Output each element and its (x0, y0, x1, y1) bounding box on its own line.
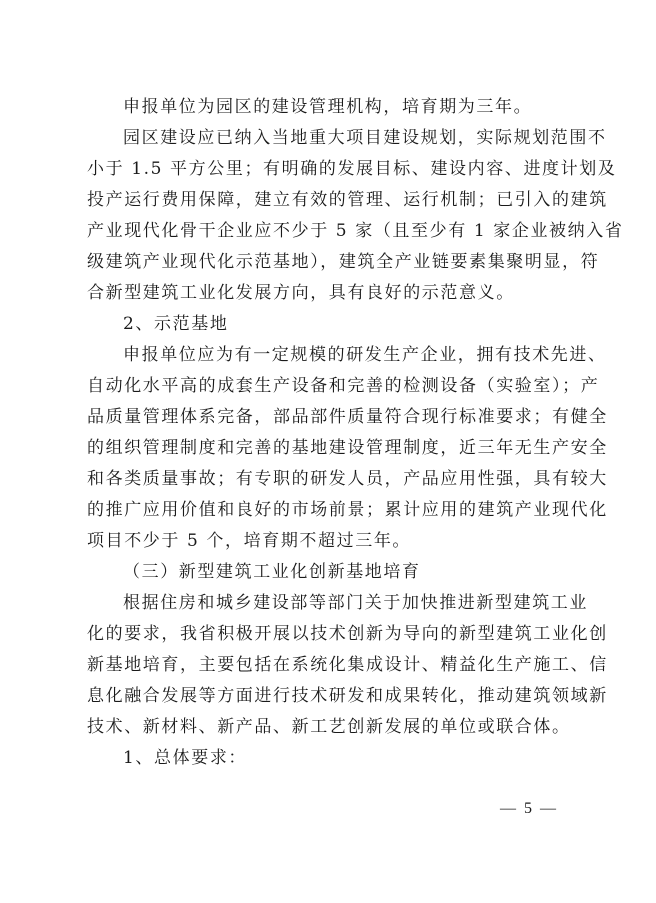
paragraph-line: 申报单位为园区的建设管理机构，培育期为三年。 (87, 92, 567, 123)
document-body: 申报单位为园区的建设管理机构，培育期为三年。 园区建设应已纳入当地重大项目建设规… (87, 92, 567, 774)
paragraph-line: 的推广应用价值和良好的市场前景；累计应用的建筑产业现代化 (87, 495, 565, 526)
section-heading: 1、总体要求： (87, 743, 567, 774)
paragraph-line: 息化融合发展等方面进行技术研发和成果转化，推动建筑领域新 (87, 681, 565, 712)
paragraph-line: 化的要求，我省积极开展以技术创新为导向的新型建筑工业化创 (87, 619, 565, 650)
section-heading: （三）新型建筑工业化创新基地培育 (87, 557, 567, 588)
paragraph-line: 投产运行费用保障，建立有效的管理、运行机制；已引入的建筑 (87, 185, 565, 216)
paragraph-line: 小于 1.5 平方公里；有明确的发展目标、建设内容、进度计划及 (87, 154, 565, 185)
paragraph-line: 的组织管理制度和完善的基地建设管理制度，近三年无生产安全 (87, 433, 565, 464)
paragraph-line: 和各类质量事故；有专职的研发人员，产品应用性强，具有较大 (87, 464, 565, 495)
paragraph-line: 品质量管理体系完备，部品部件质量符合现行标准要求；有健全 (87, 402, 565, 433)
section-heading: 2、示范基地 (87, 309, 567, 340)
paragraph-line: 项目不少于 5 个，培育期不超过三年。 (87, 526, 567, 557)
paragraph-line: 产业现代化骨干企业应不少于 5 家（且至少有 1 家企业被纳入省 (87, 216, 565, 247)
paragraph-line: 自动化水平高的成套生产设备和完善的检测设备（实验室）；产 (87, 371, 565, 402)
document-page: 申报单位为园区的建设管理机构，培育期为三年。 园区建设应已纳入当地重大项目建设规… (0, 0, 656, 903)
paragraph-line: 园区建设应已纳入当地重大项目建设规划，实际规划范围不 (87, 123, 565, 154)
paragraph-line: 申报单位应为有一定规模的研发生产企业，拥有技术先进、 (87, 340, 565, 371)
paragraph-line: 新基地培育，主要包括在系统化集成设计、精益化生产施工、信 (87, 650, 565, 681)
paragraph-line: 技术、新材料、新产品、新工艺创新发展的单位或联合体。 (87, 712, 567, 743)
paragraph-line: 合新型建筑工业化发展方向，具有良好的示范意义。 (87, 278, 567, 309)
paragraph-line: 根据住房和城乡建设部等部门关于加快推进新型建筑工业 (87, 588, 565, 619)
page-number: — 5 — (500, 800, 558, 818)
paragraph-line: 级建筑产业现代化示范基地），建筑全产业链要素集聚明显，符 (87, 247, 565, 278)
